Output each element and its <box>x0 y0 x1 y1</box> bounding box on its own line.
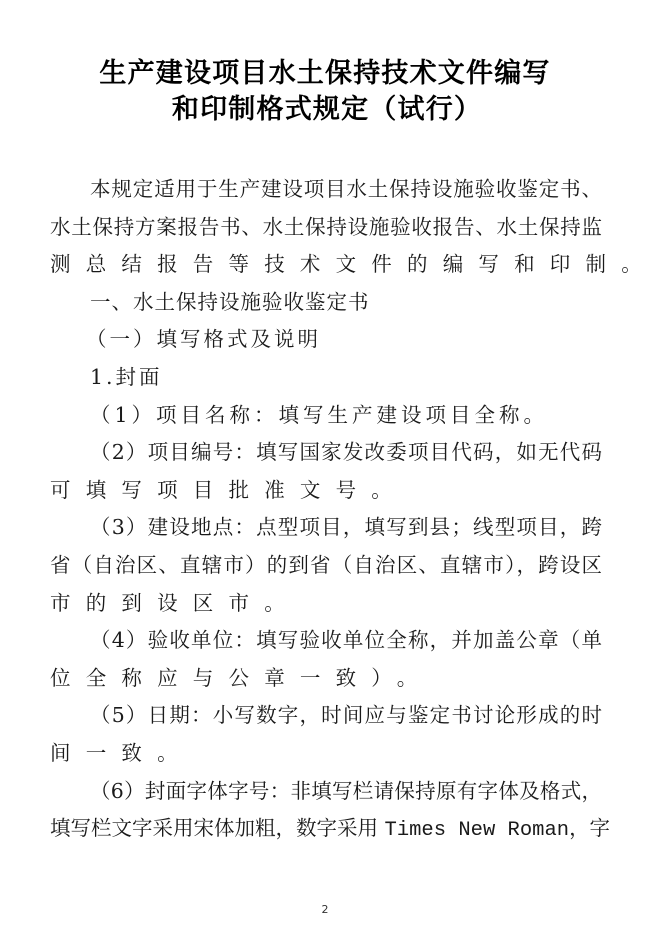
item-1-line-1: （1）项目名称：填写生产建设项目全称。 <box>50 397 602 435</box>
item-5-line-2: 间一致。 <box>50 735 602 773</box>
subsection-heading-1: （一）填写格式及说明 <box>50 321 602 359</box>
item-3-line-3: 市的到设区市。 <box>50 585 602 623</box>
item-6-line-2-part-3: ，字 <box>569 816 610 840</box>
item-6-line-2-font-name: Times New Roman <box>385 819 570 842</box>
item-3-line-1: （3）建设地点：点型项目，填写到县；线型项目，跨 <box>50 509 602 547</box>
intro-paragraph-line-2: 水土保持方案报告书、水土保持设施验收报告、水土保持监 <box>50 209 602 247</box>
document-title-line-2: 和印制格式规定（试行） <box>2 92 650 128</box>
intro-paragraph-line-1: 本规定适用于生产建设项目水土保持设施验收鉴定书、 <box>50 171 602 209</box>
item-5-line-1: （5）日期：小写数字，时间应与鉴定书讨论形成的时 <box>50 697 602 735</box>
item-6-line-2-part-1: 填写栏文字采用宋体加粗，数字采用 <box>50 816 378 840</box>
item-2-line-2: 可填写项目批准文号。 <box>50 472 602 510</box>
item-3-line-2: 省（自治区、直辖市）的到省（自治区、直辖市），跨设区 <box>50 547 602 585</box>
item-heading-cover: 1.封面 <box>50 359 602 397</box>
document-body: 本规定适用于生产建设项目水土保持设施验收鉴定书、 水土保持方案报告书、水土保持设… <box>50 171 602 848</box>
item-4-line-2: 位全称应与公章一致）。 <box>50 660 602 698</box>
item-6-line-1: （6）封面字体字号：非填写栏请保持原有字体及格式， <box>50 773 602 811</box>
page-number: 2 <box>0 903 650 916</box>
intro-paragraph-line-3: 测总结报告等技术文件的编写和印制。 <box>50 246 602 284</box>
document-page: 生产建设项目水土保持技术文件编写 和印制格式规定（试行） 本规定适用于生产建设项… <box>0 0 650 944</box>
document-title-line-1: 生产建设项目水土保持技术文件编写 <box>0 56 650 92</box>
item-6-line-2: 填写栏文字采用宋体加粗，数字采用 Times New Roman，字 <box>50 810 602 848</box>
item-2-line-1: （2）项目编号：填写国家发改委项目代码，如无代码 <box>50 434 602 472</box>
item-4-line-1: （4）验收单位：填写验收单位全称，并加盖公章（单 <box>50 622 602 660</box>
section-heading-1: 一、水土保持设施验收鉴定书 <box>50 284 602 322</box>
